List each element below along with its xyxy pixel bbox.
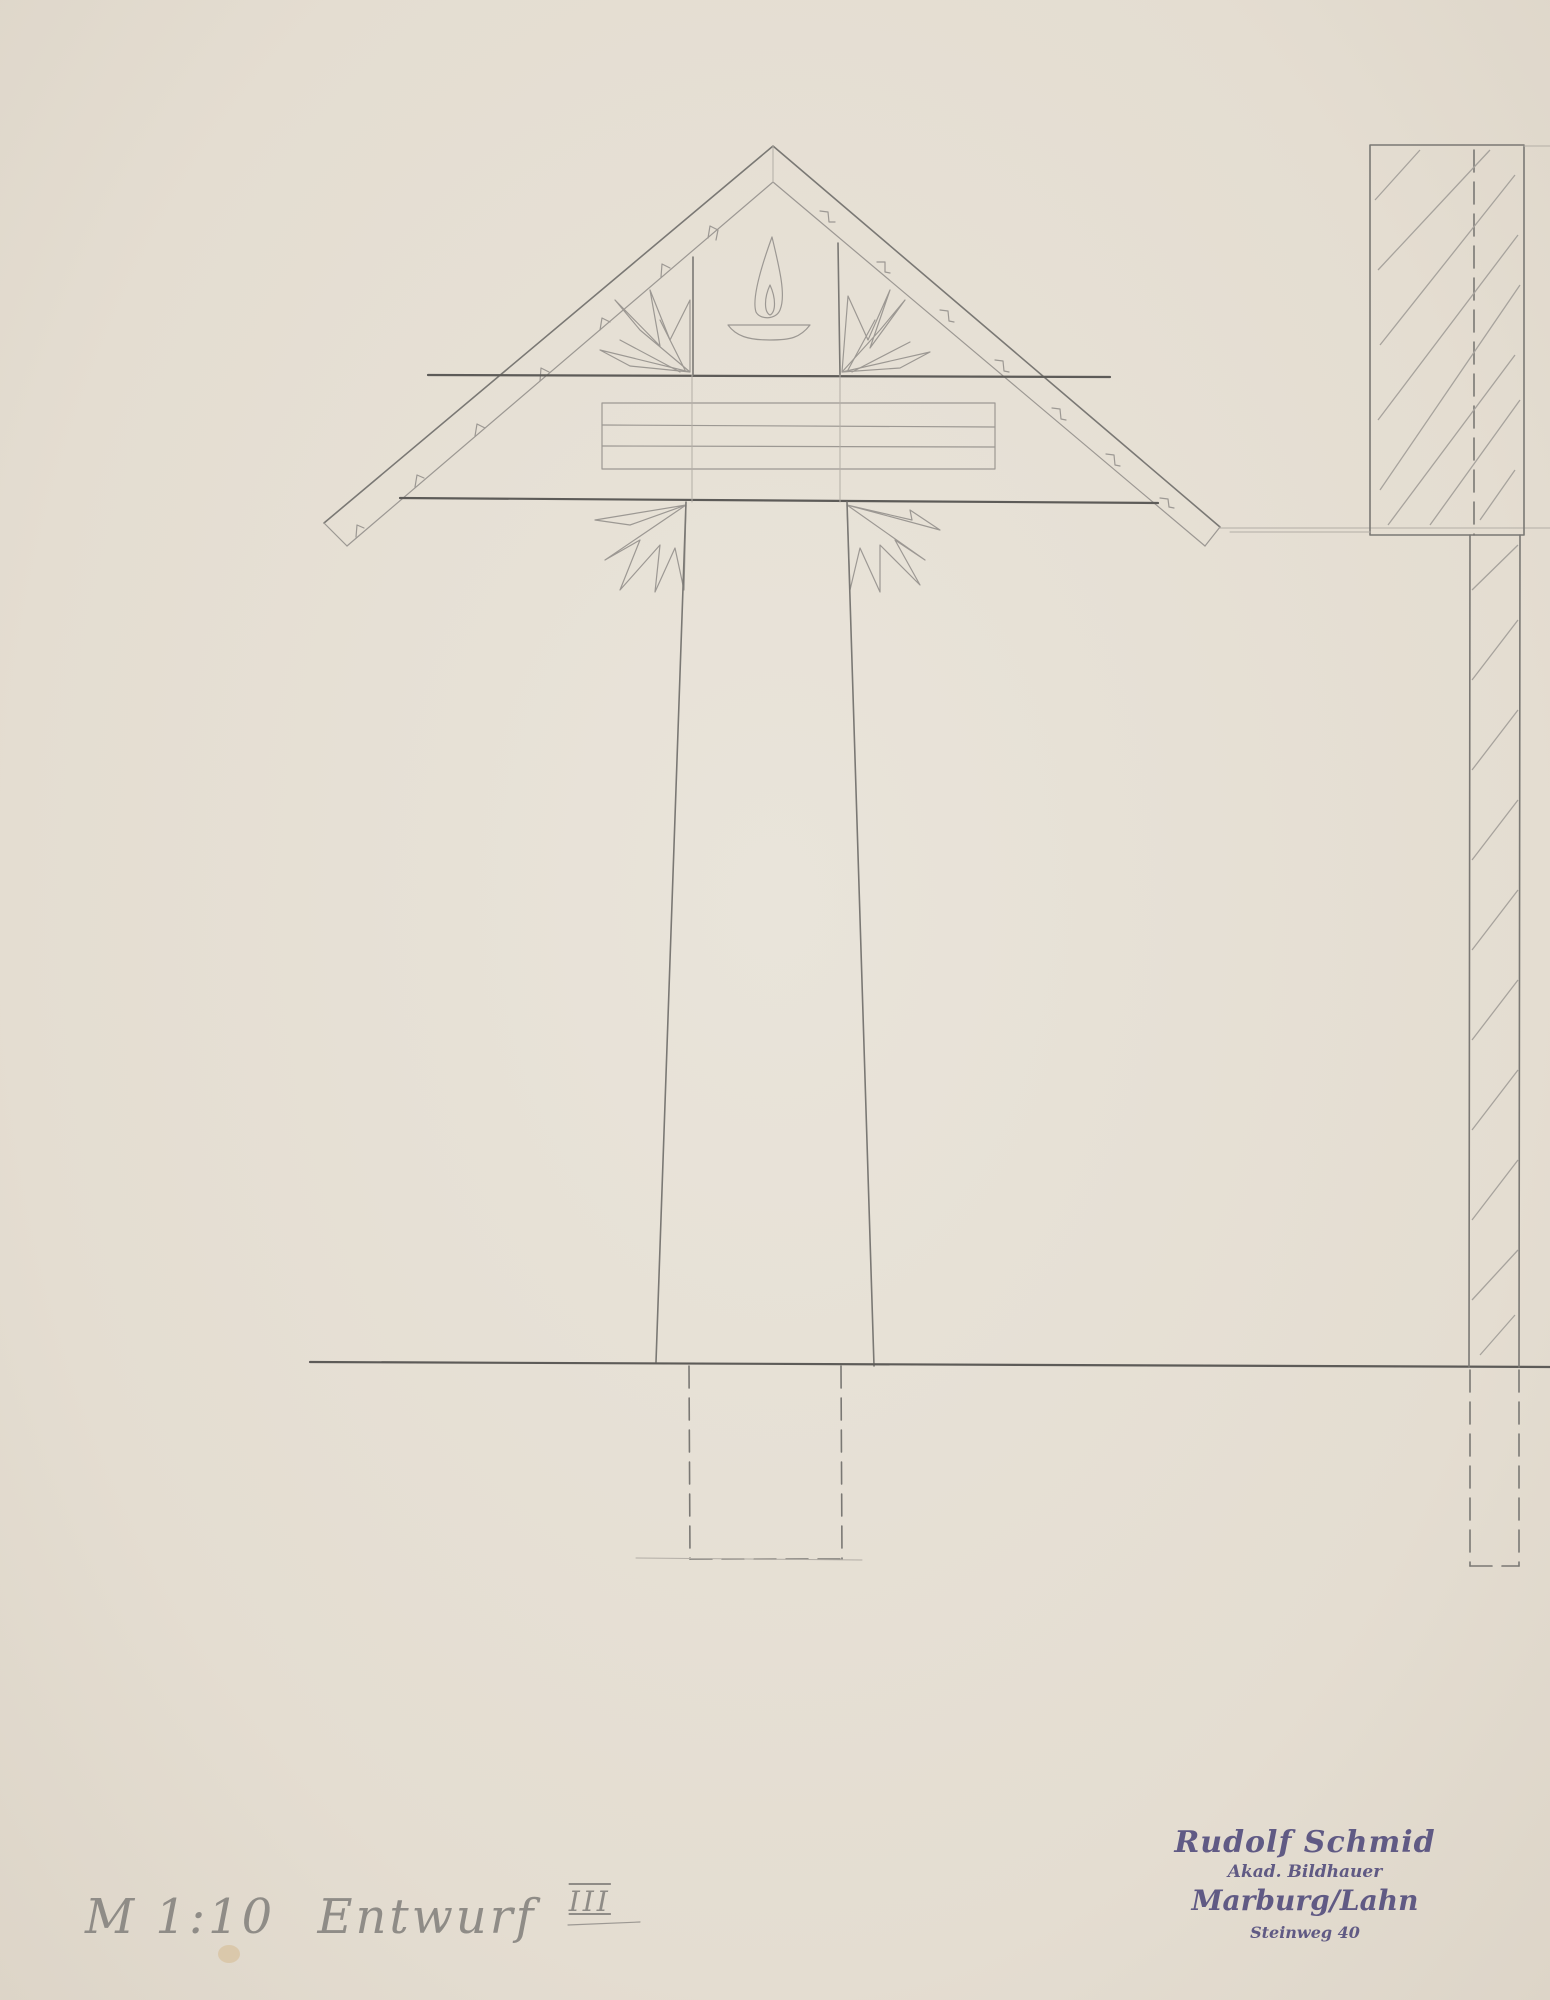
side-foundation xyxy=(1470,1370,1519,1566)
post-left-edge xyxy=(656,502,686,1362)
roof-teeth-left xyxy=(356,226,718,537)
stamp-name: Rudolf Schmid xyxy=(1140,1825,1470,1860)
ground-line xyxy=(310,1362,1550,1367)
roof-inner-edge xyxy=(347,182,1205,546)
side-post xyxy=(1469,535,1520,1367)
stamp-title: Akad. Bildhauer xyxy=(1140,1862,1470,1882)
roof-outer-edge xyxy=(324,146,1220,527)
paper-sheet: M 1:10 Entwurf III Rudolf Schmid Akad. B… xyxy=(0,0,1550,2000)
lamp-niche xyxy=(693,237,840,375)
front-elevation xyxy=(310,146,1550,1560)
roof-right-end xyxy=(1205,527,1220,546)
leaf-ornament-lower-right xyxy=(847,505,940,592)
stamp-street: Steinweg 40 xyxy=(1140,1923,1470,1942)
leaf-ornament-lower-left xyxy=(595,505,686,592)
beam-upper-line xyxy=(428,375,1110,377)
front-foundation xyxy=(636,1366,862,1560)
roof xyxy=(324,146,1550,546)
leaf-ornament-upper-left xyxy=(600,290,690,372)
draft-label: Entwurf xyxy=(317,1889,536,1945)
scale-label: M 1:10 xyxy=(85,1889,275,1945)
draft-number: III xyxy=(569,1885,611,1918)
leaf-ornament-upper-right xyxy=(842,290,930,372)
artist-stamp: Rudolf Schmid Akad. Bildhauer Marburg/La… xyxy=(1140,1825,1470,1942)
niche-right-edge xyxy=(838,243,840,375)
post-right-edge xyxy=(847,502,874,1366)
inscription-plaque xyxy=(602,403,995,469)
side-roof-block xyxy=(1370,145,1524,535)
roof-teeth-right xyxy=(820,211,1174,508)
post xyxy=(656,375,874,1366)
beam-lower-line xyxy=(400,498,1158,503)
stamp-city: Marburg/Lahn xyxy=(1140,1884,1470,1917)
roof-left-end xyxy=(324,523,347,546)
oil-lamp-icon xyxy=(728,237,810,340)
side-elevation xyxy=(1230,145,1550,1566)
drawing-note: M 1:10 Entwurf III xyxy=(85,1885,611,1945)
plaque-line xyxy=(602,425,995,427)
side-post-hatching xyxy=(1472,545,1518,1355)
plaque-frame xyxy=(602,403,995,469)
drawing-canvas xyxy=(0,0,1550,2000)
plaque-line xyxy=(602,446,995,447)
side-roof-hatching xyxy=(1375,150,1520,525)
